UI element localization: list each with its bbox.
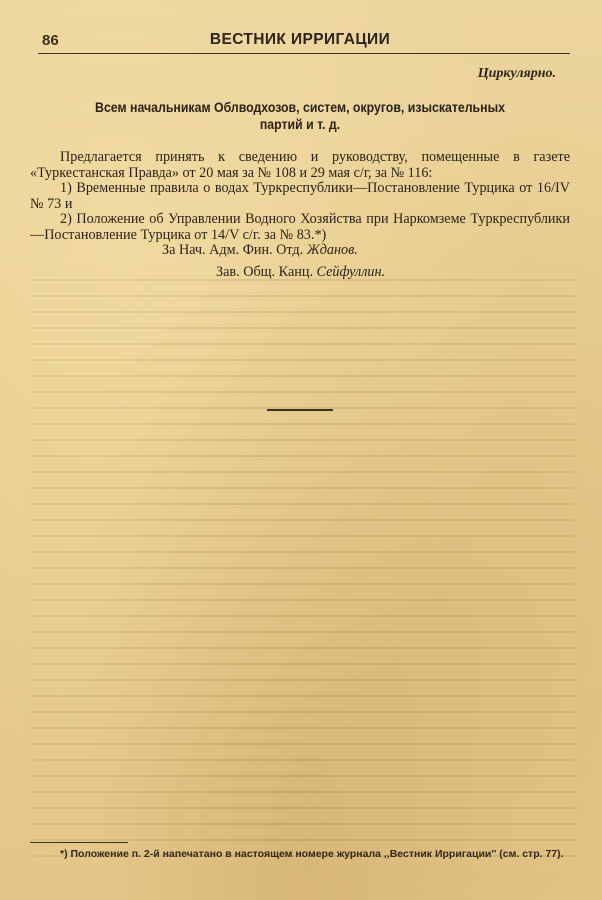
journal-title: ВЕСТНИК ИРРИГАЦИИ	[30, 31, 570, 49]
footnote: *) Положение п. 2-й напечатано в настоящ…	[30, 847, 575, 862]
signature-title: За Нач. Адм. Фин. Отд.	[162, 242, 303, 258]
footnote-text: *) Положение п. 2-й напечатано в настоящ…	[30, 847, 575, 862]
document-page: 86 ВЕСТНИК ИРРИГАЦИИ Циркулярно. Всем на…	[0, 0, 602, 900]
reverse-side-show-through	[30, 270, 575, 860]
footnote-rule	[30, 842, 128, 843]
signature-line: За Нач. Адм. Фин. Отд. Жданов.	[162, 242, 358, 259]
body-paragraph-item-1: 1) Временные правила о водах Туркреспубл…	[30, 181, 570, 212]
body-paragraph-intro: Предлагается принять к сведению и руково…	[30, 150, 570, 181]
body-text: Предлагается принять к сведению и руково…	[30, 150, 570, 243]
running-head: 86 ВЕСТНИК ИРРИГАЦИИ	[30, 30, 570, 54]
header-rule	[38, 53, 570, 54]
signature-name: Жданов.	[307, 242, 358, 258]
body-paragraph-item-2: 2) Положение об Управлении Водного Хозяй…	[30, 212, 570, 243]
circular-label: Циркулярно.	[478, 66, 556, 82]
addressee-heading: Всем начальникам Облводхозов, систем, ок…	[80, 99, 520, 133]
